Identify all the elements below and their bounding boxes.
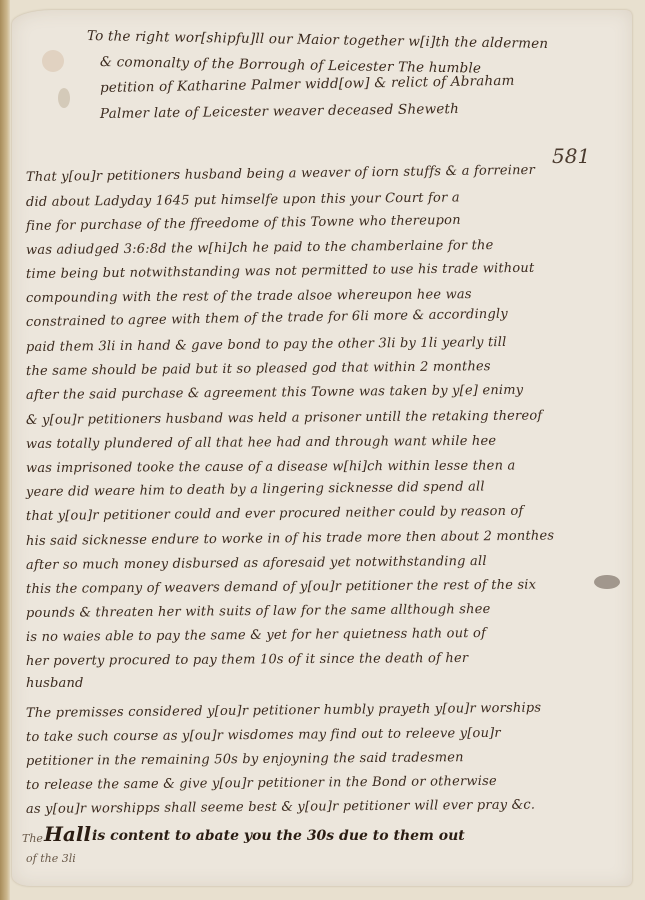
- annotation-name: Hall: [44, 822, 91, 846]
- annotation-prefix: The: [22, 832, 43, 845]
- binding-edge: [0, 0, 10, 900]
- heading-line: Palmer late of Leicester weaver deceased…: [100, 101, 459, 122]
- body-line: was adiudged 3:6:8d the w[hi]ch he paid …: [26, 238, 494, 258]
- body-line: pounds & threaten her with suits of law …: [26, 602, 491, 621]
- body-line: this the company of weavers demand of y[…: [26, 578, 536, 597]
- annotation-continuation: of the 3li: [26, 852, 76, 865]
- body-line: was imprisoned tooke the cause of a dise…: [26, 458, 516, 476]
- body-line: after so much money disbursed as aforesa…: [26, 554, 487, 573]
- body-line: petitioner in the remaining 50s by enjoy…: [26, 750, 464, 769]
- body-line: to take such course as y[ou]r wisdomes m…: [26, 726, 501, 745]
- body-line: her poverty procured to pay them 10s of …: [26, 651, 468, 669]
- manuscript-page: To the right wor[shipfu]ll our Maior tog…: [12, 10, 632, 886]
- folio-number: 581: [552, 144, 590, 168]
- stain-mark: [58, 88, 70, 108]
- ink-blot: [594, 575, 620, 589]
- body-line: the same should be paid but it so please…: [26, 359, 491, 379]
- annotation-text: is content to abate you the 30s due to t…: [92, 828, 465, 844]
- stain-mark: [42, 50, 64, 72]
- body-line: constrained to agree with them of the tr…: [26, 307, 508, 330]
- body-line: compounding with the rest of the trade a…: [26, 287, 472, 306]
- body-line: is no waies able to pay the same & yet f…: [26, 626, 486, 645]
- body-line: his said sicknesse endure to worke in of…: [26, 528, 554, 549]
- body-line: did about Ladyday 1645 put himselfe upon…: [26, 190, 460, 210]
- body-line: was totally plundered of all that hee ha…: [26, 434, 496, 452]
- body-line: husband: [26, 676, 84, 691]
- body-line: yeare did weare him to death by a linger…: [26, 479, 485, 500]
- body-line: That y[ou]r petitioners husband being a …: [26, 163, 535, 185]
- body-line: as y[ou]r worshipps shall seeme best & y…: [26, 798, 535, 817]
- body-line: paid them 3li in hand & gave bond to pay…: [26, 335, 507, 355]
- body-line: & y[ou]r petitioners husband was held a …: [26, 408, 542, 428]
- heading-line: petition of Katharine Palmer widd[ow] & …: [100, 73, 515, 96]
- body-line: fine for purchase of the ffreedome of th…: [26, 213, 461, 234]
- body-line: time being but notwithstanding was not p…: [26, 261, 535, 282]
- heading-line: & comonalty of the Borrough of Leicester…: [100, 54, 481, 77]
- body-line: after the said purchase & agreement this…: [26, 383, 523, 403]
- body-line: that y[ou]r petitioner could and ever pr…: [26, 504, 524, 524]
- heading-line: To the right wor[shipfu]ll our Maior tog…: [87, 28, 549, 52]
- body-line: The premisses considered y[ou]r petition…: [26, 701, 541, 721]
- body-line: to release the same & give y[ou]r petiti…: [26, 774, 497, 793]
